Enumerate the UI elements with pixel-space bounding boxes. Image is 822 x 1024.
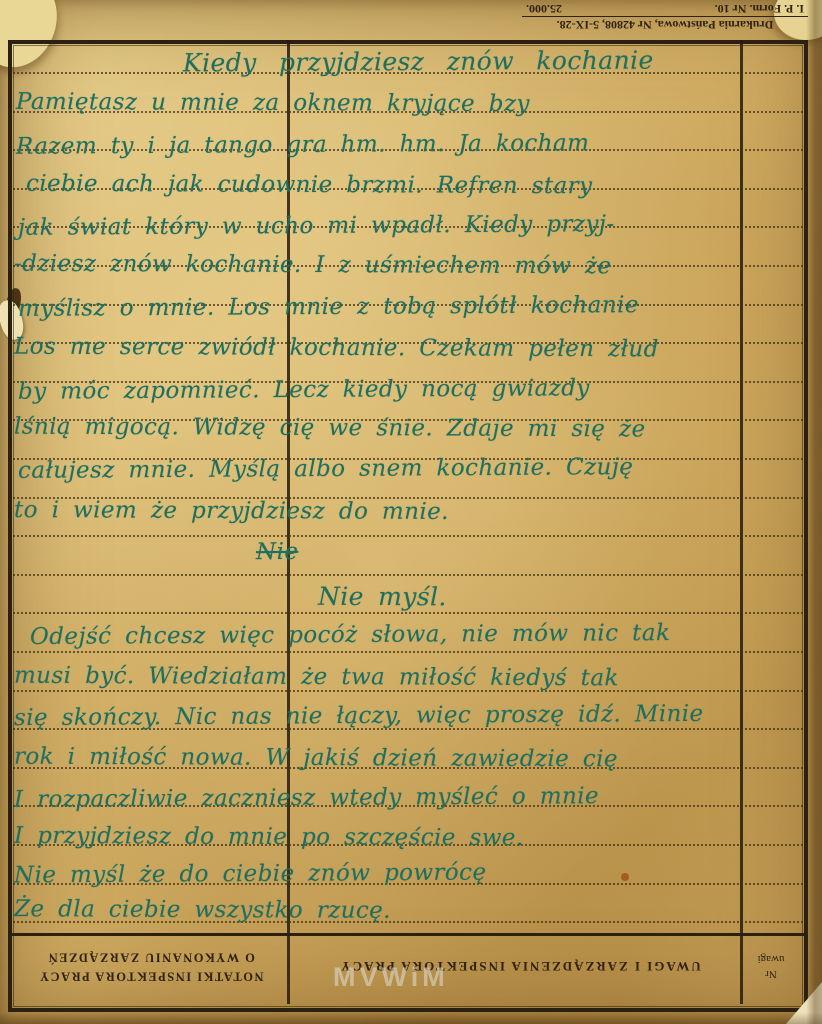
footer-left-line2: O WYKONANIU ZARZĄDZEŃ bbox=[32, 948, 270, 967]
paper-edge-shadow-right bbox=[806, 0, 822, 1024]
handwritten-line: Pamiętasz u mnie za oknem kryjące bzy bbox=[16, 89, 530, 117]
handwritten-line: I rozpaczliwie zaczniesz wtedy myśleć o … bbox=[14, 783, 599, 813]
footer-right-line2: uwagi bbox=[742, 950, 800, 965]
museum-watermark: MVWiM bbox=[333, 962, 449, 993]
handwritten-line: myślisz o mnie. Los mnie z tobą splótł k… bbox=[18, 292, 639, 322]
section-heading-handwritten: Nie myśl. bbox=[318, 582, 447, 612]
handwritten-line: się skończy. Nic nas nie łączy, więc pro… bbox=[14, 701, 704, 731]
dotted-rule-line bbox=[13, 612, 803, 614]
print-run-count: 25.000. bbox=[526, 1, 562, 16]
handwritten-line: rok i miłość nowa. W jakiś dzień zawiedz… bbox=[14, 744, 618, 773]
form-number: I. P. Form. Nr 10. bbox=[715, 1, 804, 16]
handwritten-line: ciebie ach jak cudownie brzmi. Refren st… bbox=[26, 171, 593, 199]
footer-band-line bbox=[8, 933, 808, 936]
handwritten-line: Los me serce zwiódł kochanie. Czekam peł… bbox=[14, 334, 659, 363]
column-divider-right bbox=[740, 40, 743, 1004]
handwritten-line: Razem ty i ja tango gra hm. hm. Ja kocha… bbox=[16, 130, 589, 160]
handwritten-line: jak świat który w ucho mi wpadł. Kiedy p… bbox=[18, 211, 615, 241]
handwritten-line: całujesz mnie. Myślą albo snem kochanie.… bbox=[18, 454, 633, 484]
dotted-rule-line bbox=[13, 651, 803, 653]
handwritten-line: by móc zapomnieć. Lecz kiedy nocą gwiazd… bbox=[18, 375, 590, 404]
paper-edge-shadow-bottom bbox=[0, 1012, 822, 1024]
handwritten-line: I przyjdziesz do mnie po szczęście swe. bbox=[14, 823, 524, 851]
handwritten-line: to i wiem że przyjdziesz do mnie. bbox=[14, 497, 449, 525]
handwritten-line: -dziesz znów kochanie. I z uśmiechem mów… bbox=[14, 251, 612, 280]
footer-right-line1: Nr bbox=[742, 965, 800, 980]
footer-nr-uwagi-header: Nr uwagi bbox=[742, 950, 800, 981]
printer-credit: Drukarnia Państwowa, Nr 42808, 5-IX-28. bbox=[522, 17, 808, 32]
printed-form-imprint: Drukarnia Państwowa, Nr 42808, 5-IX-28. … bbox=[522, 1, 808, 32]
handwritten-line: Że dla ciebie wszystko rzucę. bbox=[14, 896, 391, 924]
ink-stain bbox=[621, 873, 629, 881]
handwritten-line: Odejść chcesz więc pocóż słowa, nie mów … bbox=[30, 620, 670, 650]
handwritten-line: lśnią migocą. Widzę cię we śnie. Zdaje m… bbox=[14, 414, 646, 443]
handwritten-line: Nie myśl że do ciebie znów powrócę bbox=[14, 860, 487, 889]
handwritten-line: musi być. Wiedziałam że twa miłość kiedy… bbox=[14, 663, 619, 692]
dotted-rule-line bbox=[13, 574, 803, 576]
footer-left-line1: NOTATKI INSPEKTORA PRACY bbox=[32, 967, 270, 986]
footer-left-header: NOTATKI INSPEKTORA PRACY O WYKONANIU ZAR… bbox=[32, 948, 270, 986]
song-title-handwritten: Kiedy przyjdziesz znów kochanie bbox=[183, 46, 654, 78]
dotted-rule-line bbox=[13, 535, 803, 537]
crossed-out-word: Nie bbox=[256, 539, 298, 565]
scanned-document-page: Drukarnia Państwowa, Nr 42808, 5-IX-28. … bbox=[0, 0, 822, 1024]
